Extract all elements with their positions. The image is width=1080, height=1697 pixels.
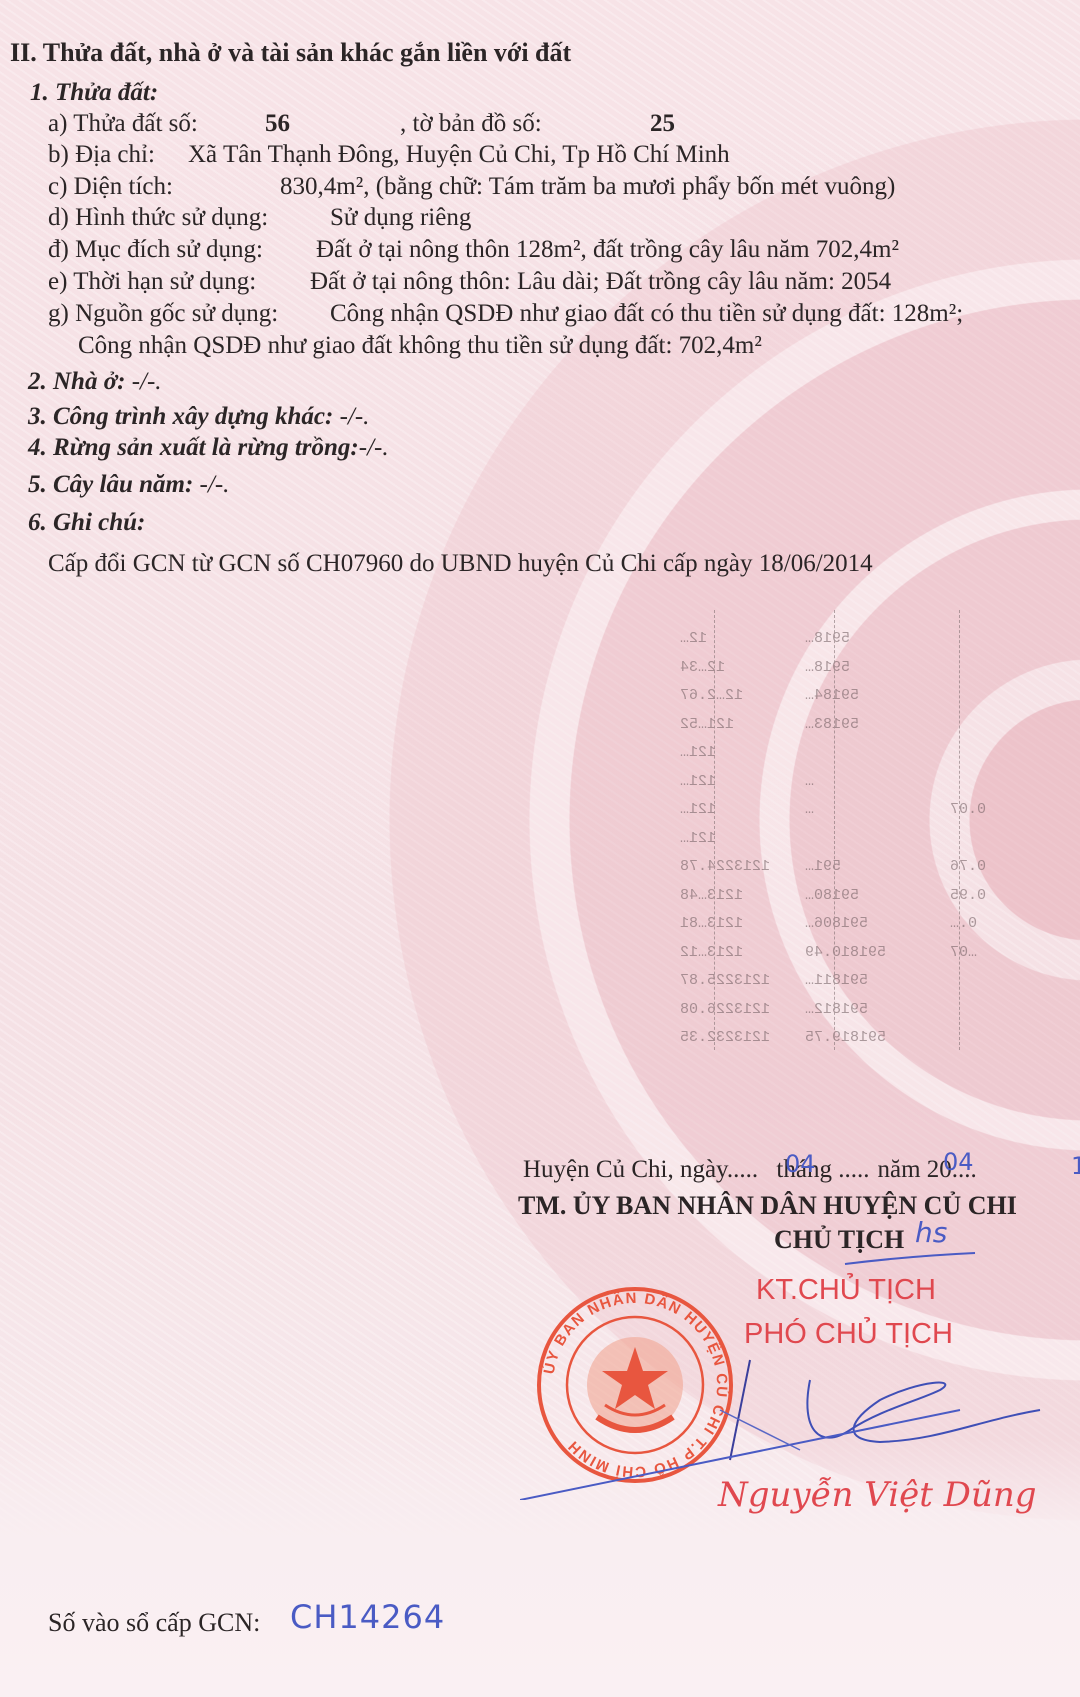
initials-underline [840,1250,980,1270]
ghost-table-cell: 121… [680,830,716,847]
usage-form-label: d) Hình thức sử dụng: [48,203,268,233]
item-perennial-trees-value: -/-. [200,471,230,498]
ghost-table-cell: … [805,801,814,818]
ghost-table-cell: 12…34 [680,659,725,676]
section-heading: II. Thửa đất, nhà ở và tài sản khác gắn … [10,38,571,68]
usage-origin-label: g) Nguồn gốc sử dụng: [48,299,278,329]
ghost-table-cell: 591806… [805,915,868,932]
place-date-line: Huyện Củ Chi, ngày..... 04 tháng .....04… [523,1155,977,1185]
month-dots: ..... [838,1156,869,1183]
area-value: 830,4m², (bằng chữ: Tám trăm ba mươi phẩ… [280,172,895,202]
ghost-table-cell: 0.07 [950,801,986,818]
ghost-table-cell: 1213…12 [680,944,743,961]
item-planted-forest-label: 4. Rừng sản xuất là rừng trồng: [28,434,359,461]
ghost-table-cell: 121… [680,773,716,790]
day-dots: ..... [727,1156,758,1183]
usage-origin-value-2: Công nhận QSDĐ như giao đất không thu ti… [78,331,762,361]
ghost-table-cell: 0.95 [950,887,986,904]
address-label: b) Địa chỉ: [48,140,155,170]
ghost-table-cell: 121… [680,744,716,761]
usage-purpose-label: đ) Mục đích sử dụng: [48,235,263,265]
ghost-table-cell: 0.… [950,915,977,932]
ghost-table-cell: 0.76 [950,858,986,875]
ghost-table-cell: 1213…48 [680,887,743,904]
item-other-construction-value: -/-. [340,403,370,430]
item-perennial-trees: 5. Cây lâu năm: -/-. [28,470,229,500]
usage-form-value: Sử dụng riêng [330,203,471,233]
map-sheet-label: , tờ bản đồ số: [400,109,542,139]
handwritten-day: 04 [785,1149,816,1179]
ghost-table-cell: 59184… [805,687,859,704]
signer-name: Nguyễn Việt Dũng [718,1480,1036,1510]
stamp-deputy-line-1: KT.CHỦ TỊCH [756,1274,936,1307]
map-sheet-value: 25 [650,109,675,139]
place-date-prefix: Huyện Củ Chi, ngày [523,1156,727,1183]
stamp-deputy-line-2: PHÓ CHỦ TỊCH [744,1318,953,1351]
bleed-through-coordinate-table: 5918…12…5918…12…3459184…12…2.6759183…121… [660,610,1060,1050]
item-other-construction-label: 3. Công trình xây dựng khác: [28,403,333,430]
handwritten-year: 1 [1071,1151,1080,1181]
ghost-table-cell: 1213232.35 [680,1029,770,1046]
ghost-table-cell: 121… [680,801,716,818]
item-house-label: 2. Nhà ở: [28,368,125,395]
parcel-number-value: 56 [265,109,290,139]
registry-number-handwritten: CH14264 [290,1602,445,1632]
ghost-table-cell: 591… [805,858,841,875]
ghost-table-cell: 1213…81 [680,915,743,932]
usage-origin-value-1: Công nhận QSDĐ như giao đất có thu tiền … [330,299,963,329]
item-house-value: -/-. [132,368,162,395]
ghost-table-cell: 12…2.67 [680,687,743,704]
notes-text: Cấp đổi GCN từ GCN số CH07960 do UBND hu… [48,549,873,579]
parcel-title: 1. Thửa đất: [30,78,158,108]
ghost-table-cell: 1213225.87 [680,972,770,989]
usage-term-value: Đất ở tại nông thôn: Lâu dài; Đất trồng … [310,267,891,297]
ghost-table-cell: 591819.75 [805,1029,886,1046]
ghost-table-cell: 59183… [805,716,859,733]
ghost-table-cell: 59180… [805,887,859,904]
parcel-number-label: a) Thửa đất số: [48,109,198,139]
ghost-table-cell: 1213224.78 [680,858,770,875]
ghost-table-cell: 1213226.08 [680,1001,770,1018]
ghost-table-cell: 591812… [805,1001,868,1018]
usage-term-label: e) Thời hạn sử dụng: [48,267,256,297]
ghost-table-cell: 5918… [805,659,850,676]
registry-label: Số vào sổ cấp GCN: [48,1608,260,1638]
ghost-table-cell: …07 [950,944,977,961]
item-other-construction: 3. Công trình xây dựng khác: -/-. [28,402,369,432]
ghost-table-cell: … [805,773,814,790]
ghost-table-cell: 591810.49 [805,944,886,961]
area-label: c) Diện tích: [48,172,173,202]
handwritten-month: 04 [943,1147,974,1177]
item-house: 2. Nhà ở: -/-. [28,367,162,397]
ghost-table-cell: 12… [680,630,707,647]
ghost-table-cell: 591811… [805,972,868,989]
usage-purpose-value: Đất ở tại nông thôn 128m², đất trồng cây… [316,235,899,265]
address-value: Xã Tân Thạnh Đông, Huyện Củ Chi, Tp Hồ C… [188,140,730,170]
ghost-table-cell: 5918… [805,630,850,647]
item-planted-forest-value: -/-. [359,434,389,461]
item-planted-forest: 4. Rừng sản xuất là rừng trồng:-/-. [28,433,389,463]
handwritten-initials: hs [915,1218,947,1248]
year-label: năm 20 [877,1156,951,1183]
ghost-table-cell: 121…52 [680,716,734,733]
item-perennial-trees-label: 5. Cây lâu năm: [28,471,193,498]
notes-title: 6. Ghi chú: [28,508,145,538]
